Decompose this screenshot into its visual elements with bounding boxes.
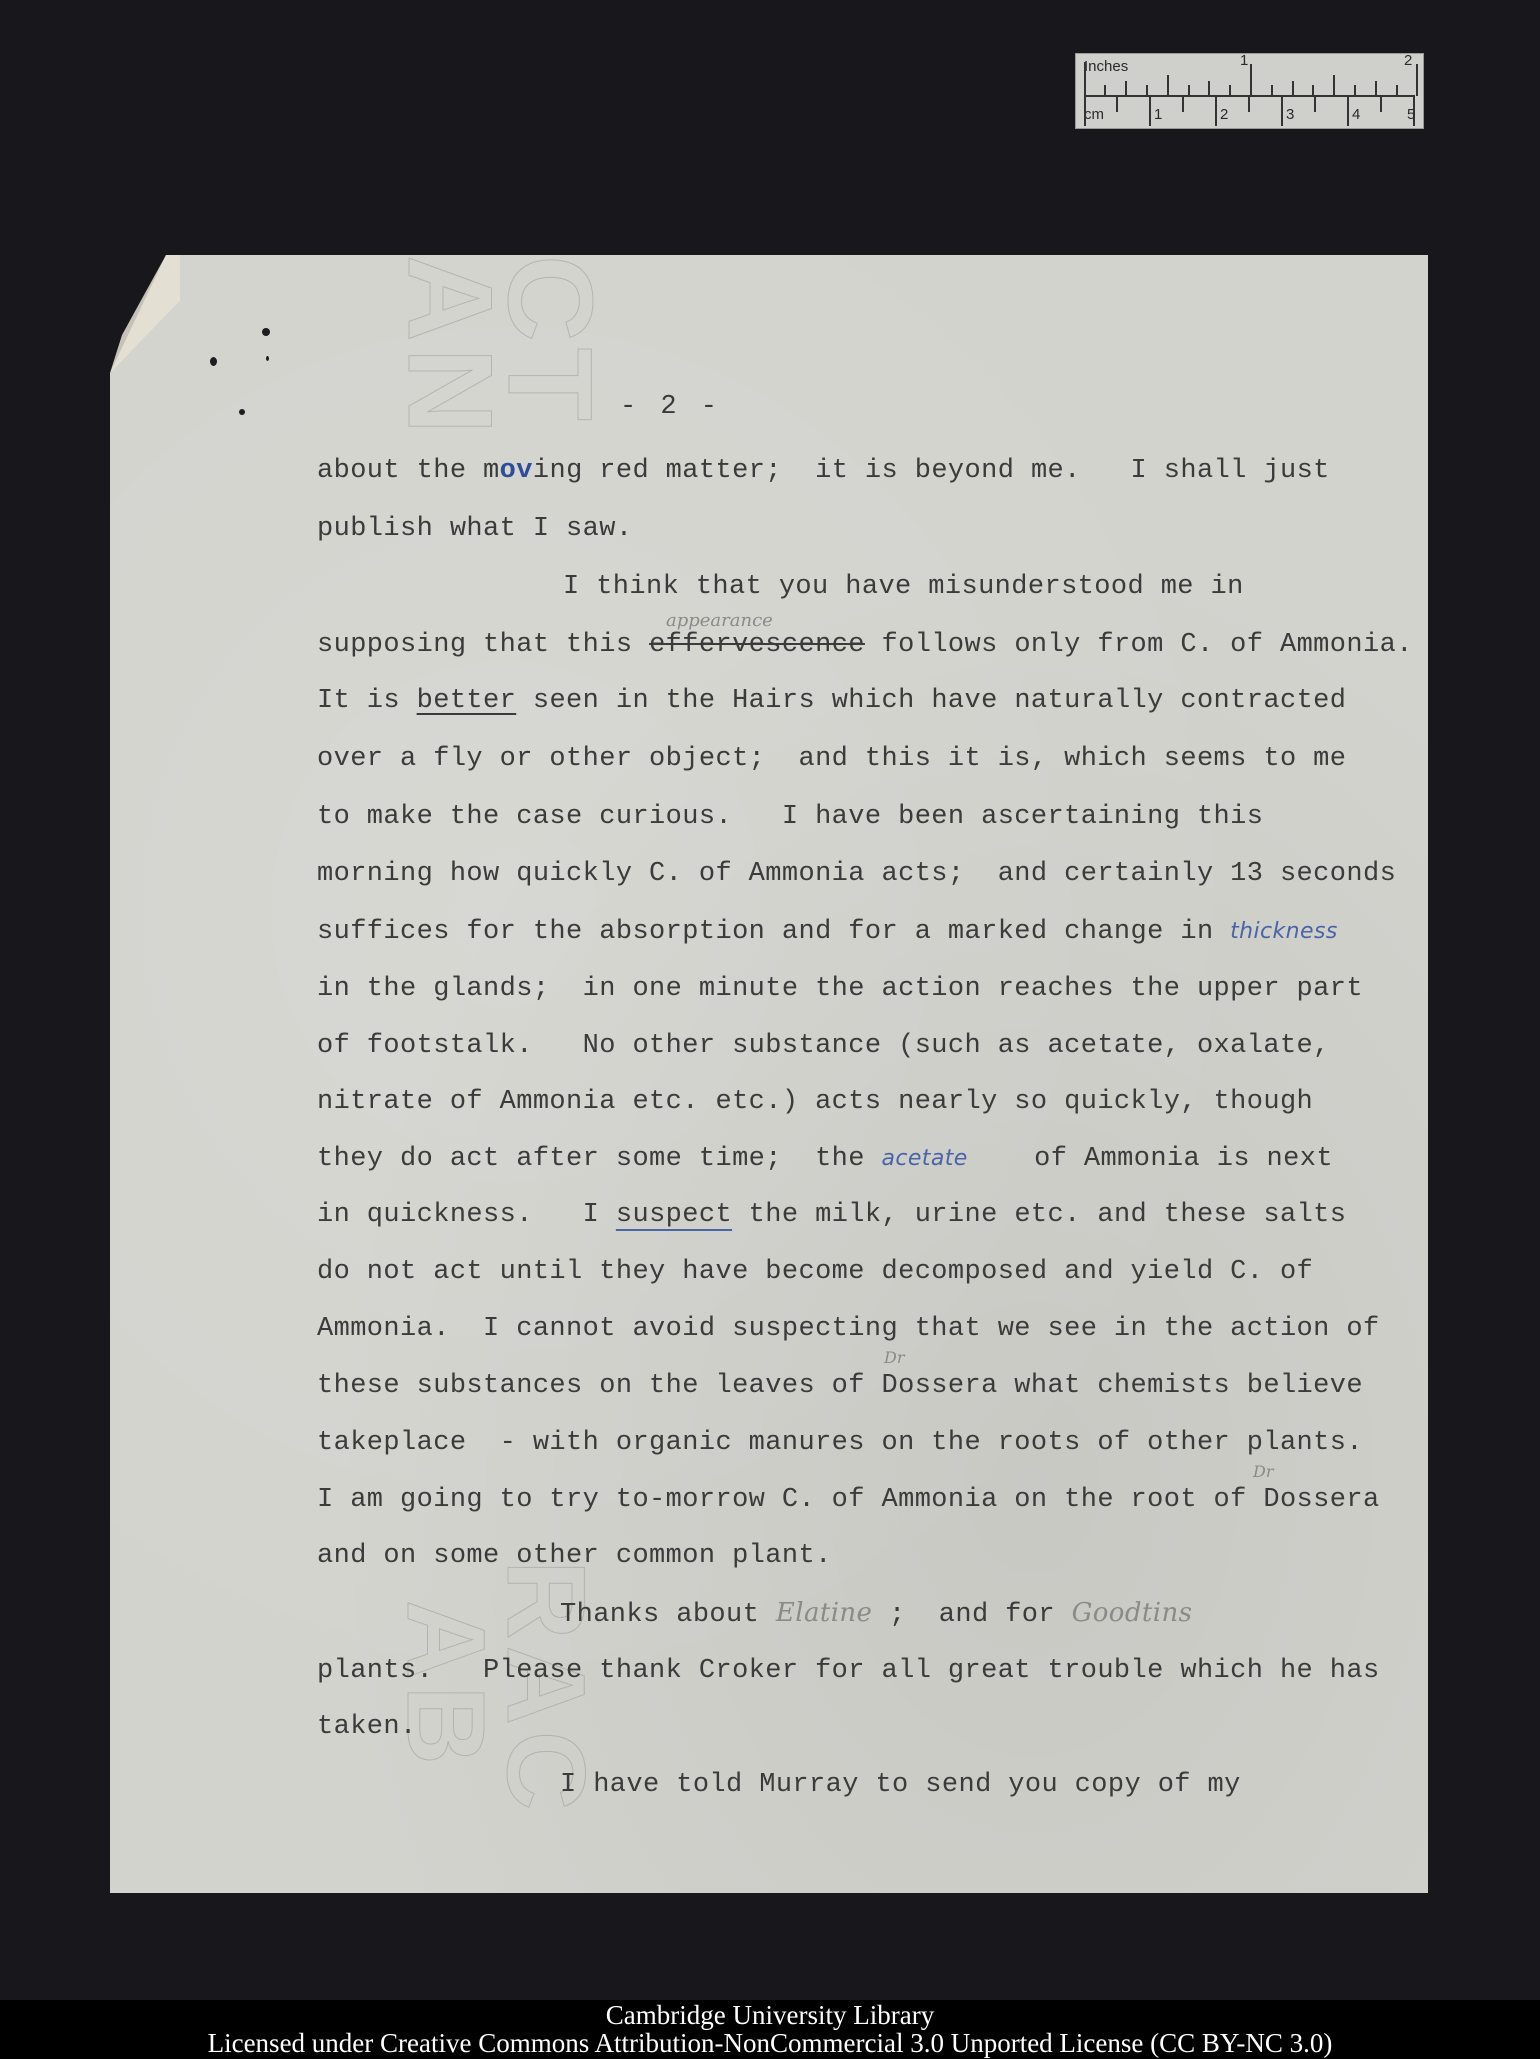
text-line-12: nitrate of Ammonia etc. etc.) acts nearl… (317, 1087, 1313, 1117)
pencil-correction: Dr (1253, 1462, 1273, 1481)
handwritten-insertion: appearance (666, 610, 773, 631)
handwritten-annotation: thickness (1230, 919, 1338, 944)
text-line-11: of footstalk. No other substance (such a… (317, 1031, 1330, 1061)
text-line-10: in the glands; in one minute the action … (317, 974, 1363, 1004)
text-line-3: I think that you have misunderstood me i… (563, 572, 1244, 602)
ruler-inch-1: 1 (1240, 52, 1248, 69)
text-line-16: Ammonia. I cannot avoid suspecting that … (317, 1314, 1380, 1344)
text-line-20: and on some other common plant. (317, 1541, 832, 1571)
text-line-6: over a fly or other object; and this it … (317, 744, 1346, 774)
text-line-5: It is better seen in the Hairs which hav… (317, 686, 1346, 716)
pin-hole (262, 328, 270, 336)
text-line-14: in quickness. I suspect the milk, urine … (317, 1200, 1346, 1230)
pencil-correction: Dr (884, 1348, 904, 1367)
text-line-17: these substances on the leaves of Dosser… (317, 1371, 1363, 1401)
text-line-7: to make the case curious. I have been as… (317, 802, 1263, 832)
ink-overtype: ov (500, 456, 533, 486)
text-line-13: they do act after some time; the acetate… (317, 1144, 1333, 1174)
page-number: - 2 - (620, 392, 721, 422)
ruler-cm-2: 2 (1220, 106, 1228, 123)
measurement-ruler: Inches cm 1 2 1 2 3 4 5 (1075, 53, 1424, 129)
underlined-word: better (417, 686, 517, 716)
text-line-23: taken. (317, 1712, 417, 1742)
ruler-inch-2: 2 (1404, 52, 1412, 69)
paper-watermark: CT (490, 255, 610, 427)
ruler-cm-label: cm (1084, 106, 1104, 123)
text-line-8: morning how quickly C. of Ammonia acts; … (317, 859, 1396, 889)
letter-page (110, 255, 1428, 1893)
text-line-4: supposing that this effervescence follow… (317, 630, 1413, 660)
text-line-2: publish what I saw. (317, 514, 632, 544)
attribution-footer: Cambridge University Library Licensed un… (0, 2000, 1540, 2059)
ruler-cm-5: 5 (1407, 106, 1415, 123)
handwritten-annotation: Elatine (776, 1598, 873, 1628)
pin-hole (239, 409, 245, 415)
license-text: Licensed under Creative Commons Attribut… (0, 2029, 1540, 2057)
text-line-19: I am going to try to-morrow C. of Ammoni… (317, 1485, 1380, 1515)
ruler-inches-label: Inches (1084, 58, 1128, 75)
text-line-1: about the moving red matter; it is beyon… (317, 456, 1330, 486)
underlined-word: suspect (616, 1200, 732, 1230)
pin-hole (266, 356, 269, 361)
text-line-21: Thanks about Elatine ; and for Goodtins (560, 1598, 1192, 1630)
struck-word: effervescence (649, 630, 865, 660)
text-line-9: suffices for the absorption and for a ma… (317, 917, 1338, 947)
text-line-15: do not act until they have become decomp… (317, 1257, 1313, 1287)
institution-name: Cambridge University Library (0, 2000, 1540, 2029)
pin-hole (210, 357, 217, 366)
text-line-22: plants. Please thank Croker for all grea… (317, 1656, 1380, 1686)
ruler-cm-1: 1 (1154, 106, 1162, 123)
text-line-24: I have told Murray to send you copy of m… (560, 1770, 1241, 1800)
text-line-18: takeplace - with organic manures on the … (317, 1428, 1363, 1458)
ruler-cm-3: 3 (1286, 106, 1294, 123)
handwritten-annotation: Goodtins (1072, 1598, 1193, 1628)
handwritten-annotation: acetate (882, 1146, 968, 1171)
ruler-cm-4: 4 (1352, 106, 1360, 123)
